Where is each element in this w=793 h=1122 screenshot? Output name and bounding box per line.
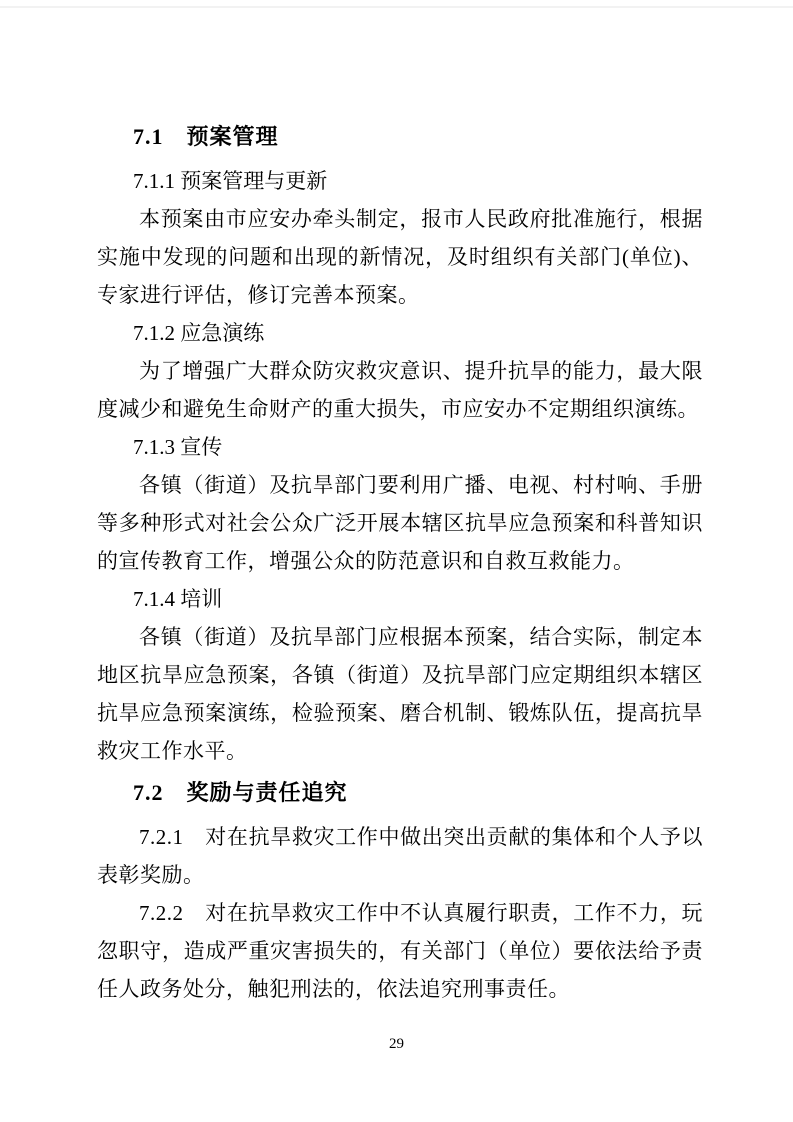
heading-7-1-2: 7.1.2 应急演练 — [97, 314, 703, 352]
paragraph-7-1-1: 本预案由市应安办牵头制定，报市人民政府批准施行，根据实施中发现的问题和出现的新情… — [97, 200, 703, 314]
paragraph-7-1-3: 各镇（街道）及抗旱部门要利用广播、电视、村村响、手册等多种形式对社会公众广泛开展… — [97, 466, 703, 580]
heading-7-1-3: 7.1.3 宣传 — [97, 428, 703, 466]
paragraph-7-1-2: 为了增强广大群众防灾救灾意识、提升抗旱的能力，最大限度减少和避免生命财产的重大损… — [97, 352, 703, 428]
paragraph-7-2-1: 7.2.1 对在抗旱救灾工作中做出突出贡献的集体和个人予以表彰奖励。 — [97, 818, 703, 894]
document-content: 7.1 预案管理 7.1.1 预案管理与更新 本预案由市应安办牵头制定，报市人民… — [97, 118, 703, 1008]
heading-7-2: 7.2 奖励与责任追究 — [97, 774, 703, 812]
scan-edge-artifact — [0, 6, 793, 8]
paragraph-7-2-2: 7.2.2 对在抗旱救灾工作中不认真履行职责，工作不力，玩忽职守，造成严重灾害损… — [97, 894, 703, 1008]
heading-7-1: 7.1 预案管理 — [97, 118, 703, 156]
paragraph-7-1-4: 各镇（街道）及抗旱部门应根据本预案，结合实际，制定本地区抗旱应急预案，各镇（街道… — [97, 618, 703, 770]
heading-7-1-1: 7.1.1 预案管理与更新 — [97, 162, 703, 200]
heading-7-1-4: 7.1.4 培训 — [97, 580, 703, 618]
document-page: 7.1 预案管理 7.1.1 预案管理与更新 本预案由市应安办牵头制定，报市人民… — [0, 0, 793, 1122]
page-number: 29 — [0, 1036, 793, 1053]
